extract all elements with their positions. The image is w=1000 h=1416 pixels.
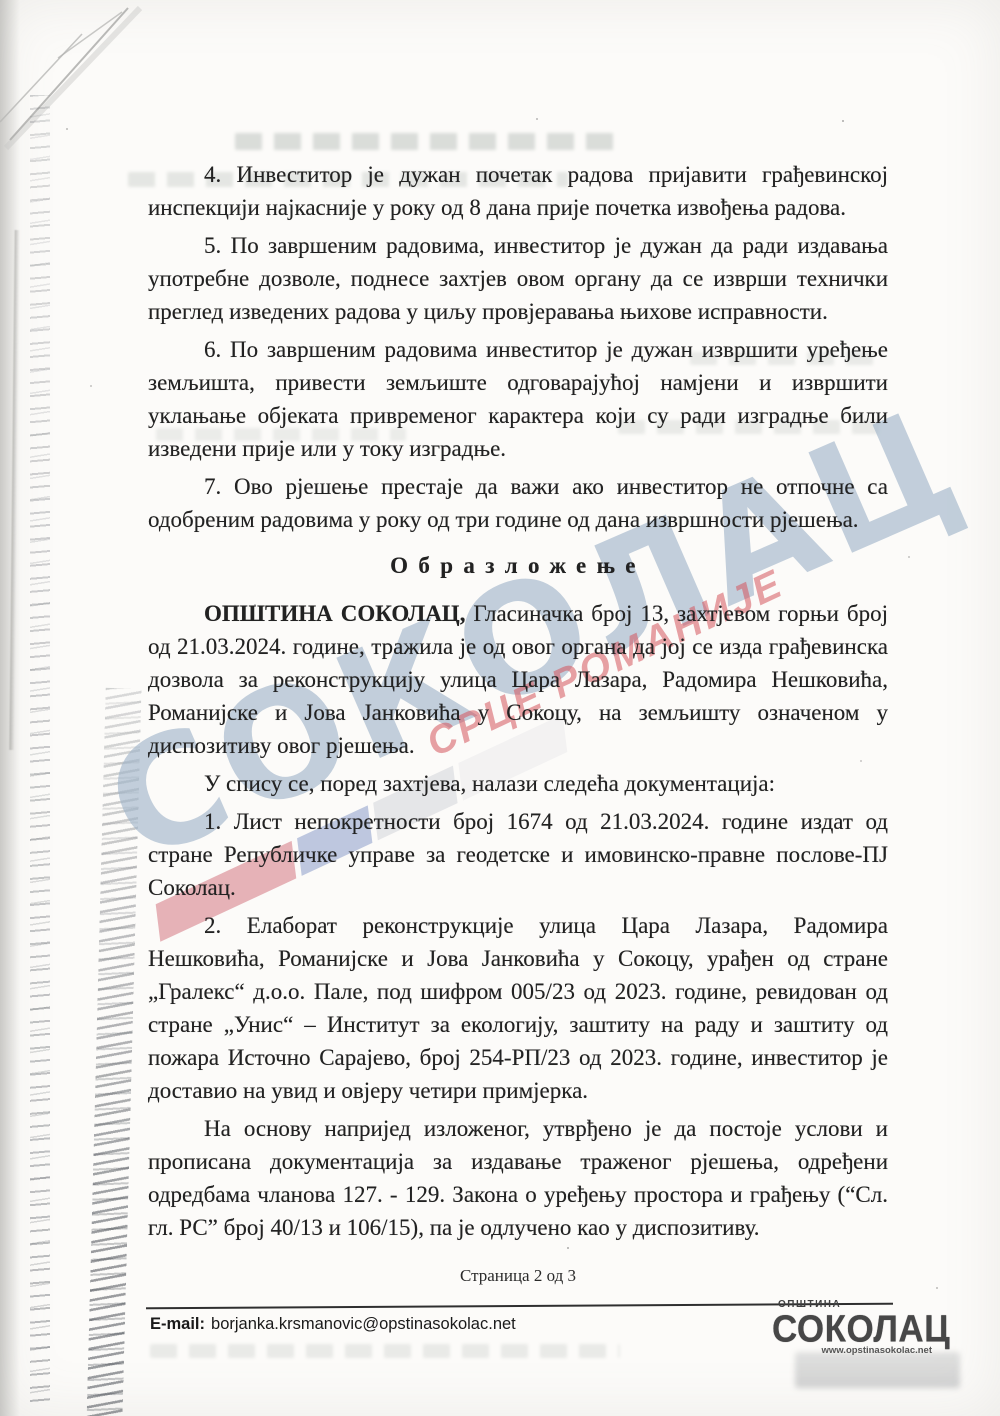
paragraph-item-5: 5. По завршеним радовима, инвеститор је … [148,229,888,328]
documentation-item-1: 1. Лист непокретности број 1674 од 21.03… [148,805,888,904]
binder-marks-artifact [86,688,141,1416]
logo-org-name: СОКОЛАЦ [772,1310,952,1348]
paragraph-conclusion: На основу напријед изложеног, утврђено ј… [148,1112,888,1244]
paragraph-item-6: 6. По завршеним радовима инвеститор је д… [148,333,888,465]
section-heading-obrazlozenje: Образложење [148,549,888,582]
scan-speckles-artifact [267,277,269,279]
documentation-item-2: 2. Елаборат реконструкције улица Цара Ла… [148,909,888,1107]
municipality-logo: ОПШТИНА СОКОЛАЦ www.opstinasokolac.net [772,1300,952,1356]
paragraph-item-4: 4. Инвеститор је дужан почетак радова пр… [148,158,888,224]
page-number: Страница 2 од 3 [148,1266,888,1286]
scanned-document-page: СОКОЛАЦ СРЦЕ РОМАНИЈЕ 4. Инвеститор је д… [0,0,1000,1416]
applicant-name-bold: ОПШТИНА СОКОЛАЦ, [204,601,465,626]
email-label: E-mail: [150,1315,205,1333]
bleedthrough-artifact [150,1344,620,1358]
binder-marks-artifact [30,95,50,1405]
paragraph-item-7: 7. Ово рјешење престаје да важи ако инве… [148,470,888,536]
paragraph-documentation-intro: У спису се, поред захтјева, налази следе… [148,767,888,800]
footer-email: E-mail:borjanka.krsmanovic@opstinasokola… [150,1315,516,1334]
email-value: borjanka.krsmanovic@opstinasokolac.net [211,1315,516,1333]
bleedthrough-artifact [235,133,620,150]
paragraph-applicant: ОПШТИНА СОКОЛАЦ, Гласиначка број 13, зах… [148,597,888,762]
bleedthrough-logo-artifact [795,1352,960,1388]
document-body: 4. Инвеститор је дужан почетак радова пр… [148,158,888,1249]
